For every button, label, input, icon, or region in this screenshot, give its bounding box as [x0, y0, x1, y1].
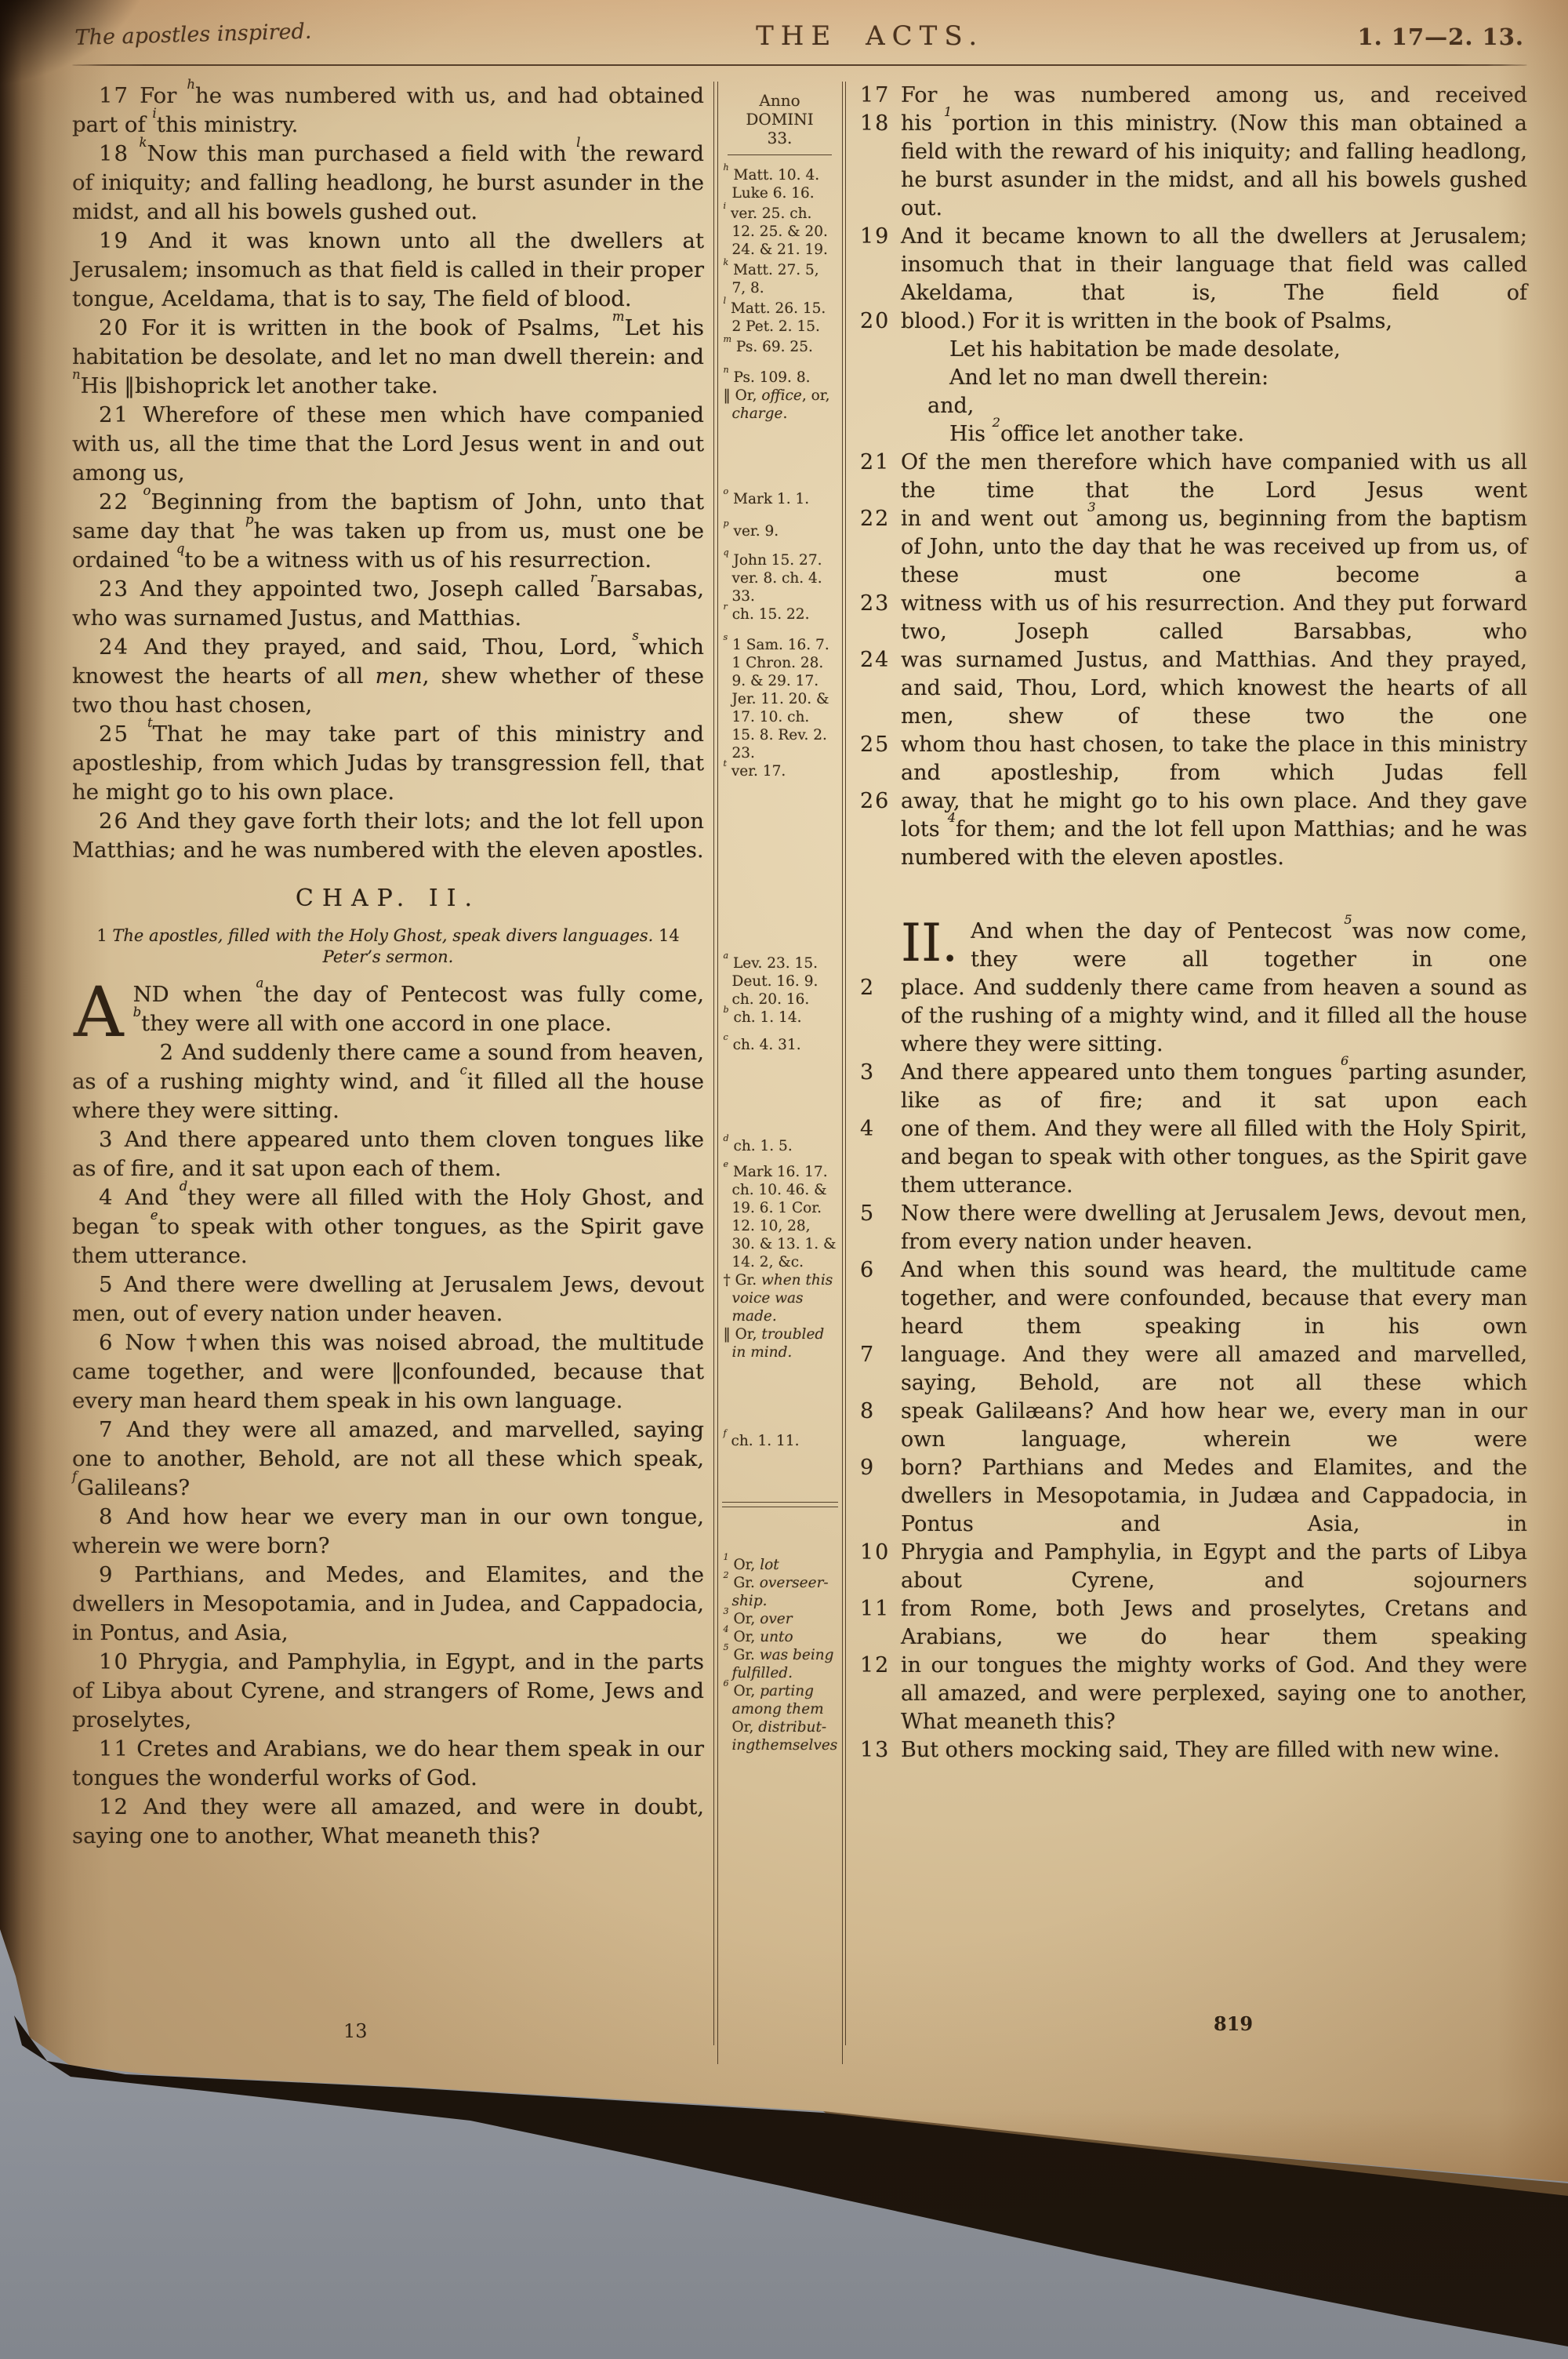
verse-paragraph: 20 For it is written in the book of Psal… — [72, 314, 704, 401]
margin-note: p ver. 9. — [724, 522, 837, 540]
page-number-left: 13 — [343, 2020, 368, 2042]
chapter-numeral: II. — [901, 918, 971, 965]
reference-mark: r — [590, 570, 597, 585]
verse-number: 11 — [99, 1736, 129, 1761]
verse-number: 20 — [99, 315, 129, 340]
margin-note: ‖ Or, office, or, charge. — [724, 387, 837, 423]
drop-cap: A — [72, 980, 133, 1040]
verse-number: 24 — [860, 646, 890, 674]
verse-number: 8 — [99, 1504, 114, 1529]
rv-verse: 7language. And they were all amazed and … — [860, 1341, 1527, 1398]
verse-number: 24 — [99, 634, 129, 660]
margin-note: s 1 Sam. 16. 7. 1 Chron. 28. 9. & 29. 17… — [724, 636, 837, 762]
quoted-poetry: Let his habitation be made desolate,And … — [860, 336, 1527, 449]
reference-mark: 2 — [993, 415, 1000, 430]
verse-paragraph: 10 Phrygia, and Pamphylia, in Egypt, and… — [72, 1648, 704, 1735]
reference-mark: e — [151, 1208, 158, 1223]
verse-paragraph: 4 And dthey were all filled with the Hol… — [72, 1183, 704, 1270]
verse-number: 23 — [99, 576, 129, 602]
rv-verse: 2place. And suddenly there came from hea… — [860, 974, 1527, 1059]
margin-note: i ver. 25. ch. 12. 25. & 20. 24. & 21. 1… — [724, 205, 837, 259]
reference-mark: p — [724, 518, 729, 529]
reference-mark: h — [724, 162, 729, 173]
margin-note: k Matt. 27. 5, 7, 8. — [724, 261, 837, 297]
margin-note: d ch. 1. 5. — [724, 1137, 837, 1155]
verse-number: 4 — [860, 1115, 875, 1143]
verse-paragraph: 19 And it was known unto all the dweller… — [72, 227, 704, 314]
kjv-column: 17 For hhe was numbered with us, and had… — [72, 82, 704, 2045]
margin-note: r ch. 15. 22. — [724, 605, 837, 623]
rv-verse: 18his 1portion in this ministry. (Now th… — [860, 110, 1527, 223]
rv-chapter-start: II.And when the day of Pentecost 5was no… — [860, 918, 1527, 974]
verse-paragraph: 23 And they appointed two, Joseph called… — [72, 575, 704, 633]
rv-column: 17For he was numbered among us, and rece… — [860, 82, 1527, 2045]
reference-mark: q — [176, 541, 185, 556]
verse-paragraph: AND when athe day of Pentecost was fully… — [72, 980, 704, 1038]
margin-note: o Mark 1. 1. — [724, 490, 837, 508]
reference-mark: i — [724, 201, 727, 211]
reference-mark: 2 — [724, 1570, 729, 1580]
reference-mark: 6 — [1341, 1053, 1348, 1068]
margin-note: e Mark 16. 17. ch. 10. 46. & 19. 6. 1 Co… — [724, 1163, 837, 1271]
verse-number: 19 — [99, 228, 129, 253]
reference-mark: n — [72, 367, 81, 382]
margin-note: c ch. 4. 31. — [724, 1036, 837, 1054]
anno-rule — [728, 154, 831, 155]
photo-of-bible-page: The apostles inspired. THE ACTS. 1. 17—2… — [0, 0, 1568, 2359]
reference-mark: m — [612, 309, 625, 324]
verse-paragraph: 8 And how hear we every man in our own t… — [72, 1503, 704, 1561]
reference-mark: f — [724, 1428, 727, 1438]
reference-mark: k — [139, 135, 147, 150]
reference-mark: 1 — [724, 1552, 729, 1562]
reference-mark: o — [724, 486, 729, 496]
verse-number: 25 — [99, 722, 129, 747]
verse-number: 12 — [99, 1794, 129, 1819]
verse-number: 7 — [99, 1417, 114, 1442]
rv-verse: 22in and went out 3among us, beginning f… — [860, 505, 1527, 590]
reference-mark: m — [724, 334, 732, 344]
verse-paragraph: 21 Wherefore of these men which have com… — [72, 401, 704, 488]
reference-mark: 3 — [1087, 500, 1095, 514]
paper: The apostles inspired. THE ACTS. 1. 17—2… — [0, 0, 1568, 2196]
verse-paragraph: 18 kNow this man purchased a field with … — [72, 140, 704, 227]
verse-number: 23 — [860, 590, 890, 618]
reference-mark: d — [180, 1179, 188, 1194]
reference-mark: f — [72, 1469, 77, 1484]
reference-mark: 4 — [948, 810, 956, 825]
rv-verse: 26away, that he might go to his own plac… — [860, 787, 1527, 872]
verse-number: 6 — [99, 1330, 114, 1355]
margin-note: 2 Gr. overseer-ship. — [724, 1574, 837, 1610]
rv-verse: 13But others mocking said, They are fill… — [860, 1736, 1527, 1765]
header-rule — [72, 64, 1527, 66]
notes-list: h Matt. 10. 4. Luke 6. 16.i ver. 25. ch.… — [724, 166, 837, 1754]
poetry-line: And let no man dwell therein: — [901, 364, 1527, 392]
verse-number: 21 — [860, 449, 890, 477]
verse-number: 18 — [99, 141, 129, 166]
margin-note: 5 Gr. was being fulfilled. — [724, 1646, 837, 1682]
chapter-argument: 1 The apostles, filled with the Holy Gho… — [80, 925, 696, 968]
verse-paragraph: 7 And they were all amazed, and marvelle… — [72, 1416, 704, 1503]
margin-note: 3 Or, over — [724, 1610, 837, 1628]
reference-mark: 3 — [724, 1606, 729, 1616]
reference-mark: t — [147, 715, 153, 730]
margin-note: † Gr. when this voice was made. — [724, 1271, 837, 1325]
reference-mark: s — [632, 628, 638, 643]
margin-note: f ch. 1. 11. — [724, 1432, 837, 1450]
notes-column: Anno DOMINI 33. h Matt. 10. 4. Luke 6. 1… — [717, 82, 843, 2064]
verse-number: 26 — [99, 809, 129, 834]
verse-number: 19 — [860, 223, 890, 251]
verse-number: 6 — [860, 1256, 875, 1285]
margin-note: ‖ Or, troubled in mind. — [724, 1325, 837, 1361]
poetry-line: His 2office let another take. — [901, 420, 1527, 449]
reference-mark: n — [724, 365, 729, 375]
verse-paragraph: 25 tThat he may take part of this minist… — [72, 720, 704, 807]
reference-mark: c — [460, 1063, 467, 1078]
reference-mark: o — [143, 483, 151, 498]
reference-mark: 1 — [944, 104, 952, 119]
rv-verse: 10Phrygia and Pamphylia, in Egypt and th… — [860, 1539, 1527, 1595]
verse-number: 7 — [860, 1341, 875, 1369]
verse-paragraph: 9 Parthians, and Medes, and Elamites, an… — [72, 1561, 704, 1648]
verse-paragraph: 22 oBeginning from the baptism of John, … — [72, 488, 704, 575]
running-head-left: The apostles inspired. — [74, 20, 312, 50]
verse-number: 3 — [860, 1059, 875, 1087]
verse-number: 5 — [860, 1200, 875, 1228]
rv-verse: 11from Rome, both Jews and proselytes, C… — [860, 1595, 1527, 1652]
verse-paragraph: 3 And there appeared unto them cloven to… — [72, 1125, 704, 1183]
running-head: The apostles inspired. THE ACTS. 1. 17—2… — [72, 20, 1527, 52]
verse-paragraph: 17 For hhe was numbered with us, and had… — [72, 82, 704, 140]
rv-verse: 6And when this sound was heard, the mult… — [860, 1256, 1527, 1341]
page-title: THE ACTS. — [756, 20, 984, 52]
rv-verse: 23witness with us of his resurrection. A… — [860, 590, 1527, 646]
poetry-line: Let his habitation be made desolate, — [901, 336, 1527, 364]
rv-verse: 19And it became known to all the dweller… — [860, 223, 1527, 307]
notes-column-rules: Anno DOMINI 33. h Matt. 10. 4. Luke 6. 1… — [713, 82, 846, 2045]
reference-mark: t — [724, 758, 727, 769]
reference-mark: p — [245, 512, 254, 527]
verse-number: 4 — [99, 1185, 114, 1210]
rv-verse: 20blood.) For it is written in the book … — [860, 307, 1527, 336]
verse-paragraph: 12 And they were all amazed, and were in… — [72, 1793, 704, 1851]
margin-note: 4 Or, unto — [724, 1628, 837, 1646]
notes-divider-rule — [722, 1502, 838, 1507]
page-number-right: 819 — [1214, 2012, 1253, 2035]
reference-mark: 6 — [724, 1678, 729, 1688]
rv-verse: 4one of them. And they were all filled w… — [860, 1115, 1527, 1200]
verse-number: 5 — [99, 1272, 114, 1297]
rv-verse: 12in our tongues the mighty works of God… — [860, 1652, 1527, 1736]
reference-mark: 5 — [724, 1642, 729, 1652]
verse-paragraph: 2 And suddenly there came a sound from h… — [72, 1038, 704, 1125]
verse-number: 21 — [99, 402, 129, 427]
rv-verse: 5Now there were dwelling at Jerusalem Je… — [860, 1200, 1527, 1256]
verse-paragraph: 11 Cretes and Arabians, we do hear them … — [72, 1735, 704, 1793]
verse-number: 2 — [860, 974, 875, 1002]
verse-number: 2 — [160, 1040, 176, 1065]
page-content: The apostles inspired. THE ACTS. 1. 17—2… — [72, 20, 1527, 2045]
reference-mark: b — [724, 1005, 729, 1015]
reference-mark: s — [724, 632, 728, 642]
verse-number: 22 — [860, 505, 890, 533]
margin-note: 6 Or, parting among them Or, distribut-i… — [724, 1682, 837, 1754]
rv-verse: 24was surnamed Justus, and Matthias. And… — [860, 646, 1527, 731]
reference-mark: 5 — [1344, 912, 1352, 927]
running-head-right: 1. 17—2. 13. — [1357, 24, 1524, 50]
margin-note: t ver. 17. — [724, 762, 837, 780]
rv-verse: 17For he was numbered among us, and rece… — [860, 82, 1527, 110]
reference-mark: r — [724, 602, 728, 612]
verse-number: 8 — [860, 1398, 875, 1426]
verse-number: 22 — [99, 489, 129, 514]
verse-number: 9 — [99, 1562, 114, 1587]
verse-number: 3 — [99, 1127, 114, 1152]
verse-number: 20 — [860, 307, 890, 336]
rv-verse: 9born? Parthians and Medes and Elamites,… — [860, 1454, 1527, 1539]
reference-mark: 4 — [724, 1624, 729, 1634]
verse-number: 9 — [860, 1454, 875, 1482]
verse-number: 10 — [860, 1539, 890, 1567]
verse-number: 17 — [860, 82, 890, 110]
verse-paragraph: 26 And they gave forth their lots; and t… — [72, 807, 704, 865]
reference-mark: e — [724, 1159, 729, 1169]
text-columns: 17 For hhe was numbered with us, and had… — [72, 82, 1527, 2045]
margin-note: n Ps. 109. 8. — [724, 369, 837, 387]
verse-number: 26 — [860, 787, 890, 816]
rv-verse: 8speak Galilæans? And how hear we, every… — [860, 1398, 1527, 1454]
reference-mark: b — [133, 1005, 142, 1020]
margin-note: q John 15. 27. ver. 8. ch. 4. 33. — [724, 551, 837, 605]
verse-paragraph: 5 And there were dwelling at Jerusalem J… — [72, 1270, 704, 1329]
margin-note: h Matt. 10. 4. Luke 6. 16. — [724, 166, 837, 202]
margin-note: 1 Or, lot — [724, 1556, 837, 1574]
verse-number: 25 — [860, 731, 890, 759]
verse-number: 11 — [860, 1595, 890, 1623]
chapter-heading: CHAP. II. — [72, 884, 704, 913]
verse-number: 17 — [99, 83, 129, 108]
margin-note: l Matt. 26. 15. 2 Pet. 2. 15. — [724, 300, 837, 336]
verse-number: 10 — [99, 1649, 129, 1674]
reference-mark: l — [576, 135, 580, 150]
verse-number: 12 — [860, 1652, 890, 1680]
verse-number: 18 — [860, 110, 890, 138]
verse-number: 13 — [860, 1736, 890, 1765]
reference-mark: i — [152, 106, 156, 121]
verse-paragraph: 6 Now †when this was noised abroad, the … — [72, 1329, 704, 1416]
reference-mark: l — [724, 296, 727, 306]
reference-mark: d — [724, 1133, 729, 1143]
margin-note: b ch. 1. 14. — [724, 1009, 837, 1027]
verse-paragraph: 24 And they prayed, and said, Thou, Lord… — [72, 633, 704, 720]
reference-mark: a — [724, 951, 729, 961]
margin-note: m Ps. 69. 25. — [724, 338, 837, 356]
reference-mark: q — [724, 547, 729, 558]
margin-note: a Lev. 23. 15. Deut. 16. 9. ch. 20. 16. — [724, 954, 837, 1009]
reference-mark: h — [187, 77, 195, 92]
rv-verse: 25whom thou hast chosen, to take the pla… — [860, 731, 1527, 787]
reference-mark: k — [724, 257, 729, 267]
reference-mark: a — [256, 976, 263, 990]
anno-domini: Anno DOMINI 33. — [724, 91, 837, 147]
reference-mark: c — [724, 1032, 728, 1042]
rv-verse: 3And there appeared unto them tongues 6p… — [860, 1059, 1527, 1115]
rv-verse: 21Of the men therefore which have compan… — [860, 449, 1527, 505]
